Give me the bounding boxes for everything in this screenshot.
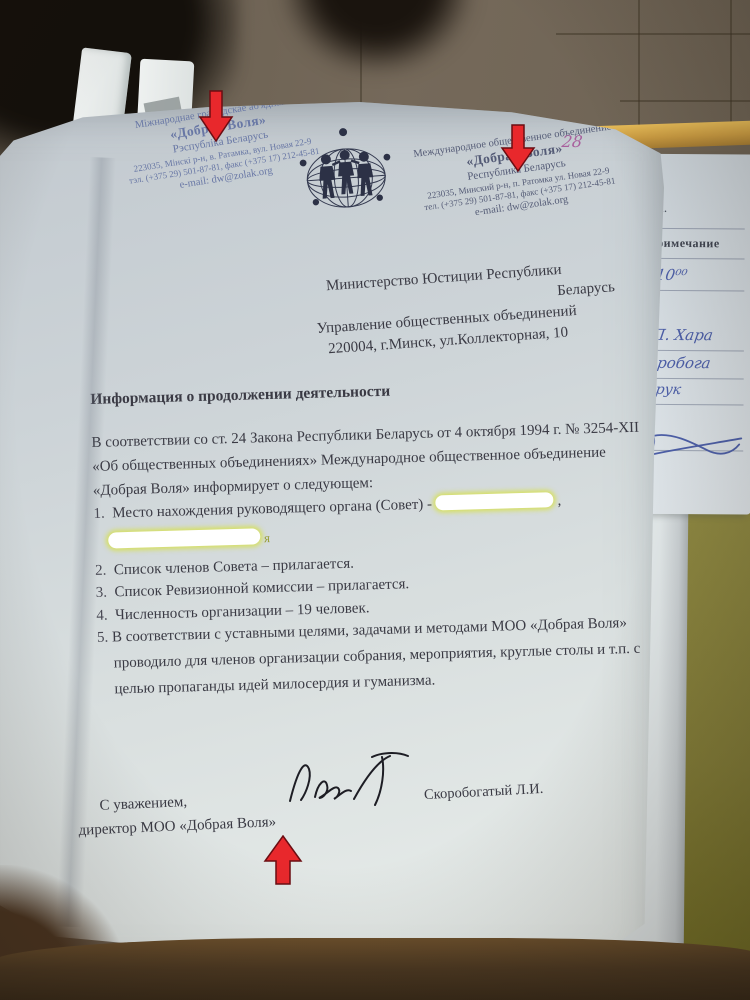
list-item: 5.В соответствии с уставными целями, зад… <box>97 609 675 703</box>
recipient-address-block: Министерство Юстиции Республики Беларусь… <box>246 254 647 365</box>
desk-surface <box>0 938 750 1000</box>
red-arrow-down-icon <box>198 90 234 142</box>
closing-block: С уважением, директор МОО «Добрая Воля» <box>99 786 277 842</box>
redaction-row: я <box>108 528 270 552</box>
letter-page: Міжнароднае грамадскае аб'яднанне «Добра… <box>0 102 664 958</box>
list-item: 3. Список Ревизионной комиссии – прилага… <box>96 576 410 602</box>
globe-three-figures-logo-icon <box>290 117 401 232</box>
red-arrow-up-icon <box>263 835 303 885</box>
letter-intro: В соответствии со ст. 24 Закона Республи… <box>91 415 659 503</box>
wall-tile-line <box>730 0 732 130</box>
wall-tile-line <box>638 0 640 130</box>
list-item: 2. Список членов Совета – прилагается. <box>95 556 354 580</box>
redaction-trailing-letter: я <box>264 530 270 545</box>
handwritten-page-number: 28 <box>561 132 584 151</box>
redaction-box <box>108 528 260 548</box>
wall-tile-line <box>556 33 750 35</box>
red-arrow-down-icon <box>500 124 536 172</box>
dark-background-object <box>285 0 470 70</box>
wall-tile-line <box>620 100 750 102</box>
photo-of-document: 2012. Примечание на 10⁰⁰ А.П. Хара Скоро… <box>0 0 750 1000</box>
redaction-box <box>436 492 554 510</box>
director-handwritten-signature <box>282 747 422 813</box>
letter-title: Информация о продолжении деятельности <box>90 383 390 409</box>
